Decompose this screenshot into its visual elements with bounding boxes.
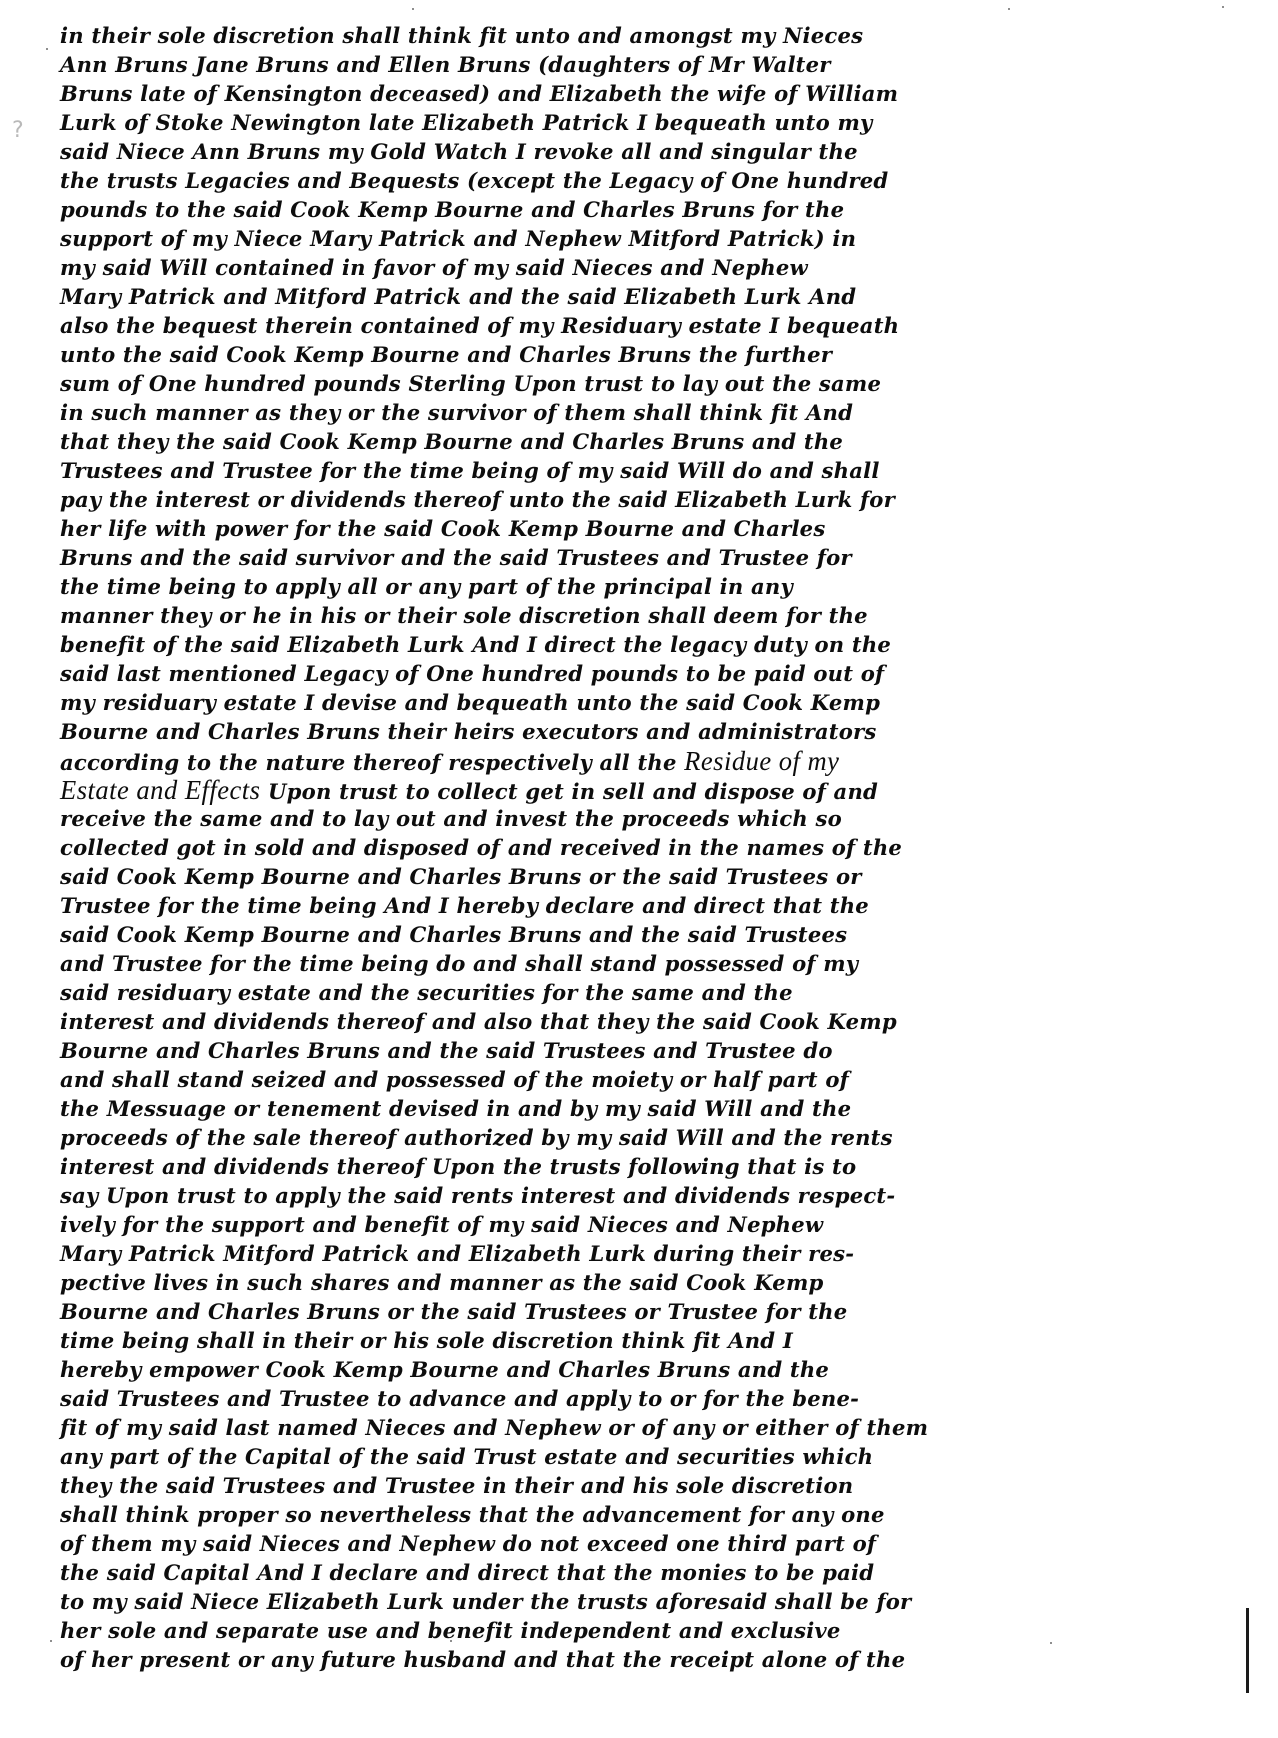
text-line-23: said last mentioned Legacy of One hundre… (60, 660, 1230, 689)
text-line-33: and Trustee for the time being do and sh… (60, 950, 1230, 979)
text-line-28: receive the same and to lay out and inve… (60, 805, 1230, 834)
text-line-24: my residuary estate I devise and bequeat… (60, 689, 1230, 718)
text-line-22: benefit of the said Elizabeth Lurk And I… (60, 631, 1230, 660)
scan-speck (46, 48, 48, 50)
text-line-41: say Upon trust to apply the said rents i… (60, 1182, 1230, 1211)
text-line-31: Trustee for the time being And I hereby … (60, 892, 1230, 921)
text-line-11: also the bequest therein contained of my… (60, 312, 1230, 341)
text-line-52: shall think proper so nevertheless that … (60, 1501, 1230, 1530)
text-line-26: according to the nature thereof respecti… (60, 747, 1230, 776)
text-line-7: pounds to the said Cook Kemp Bourne and … (60, 196, 1230, 225)
text-line-39: proceeds of the sale thereof authorized … (60, 1124, 1230, 1153)
text-line-35: interest and dividends thereof and also … (60, 1008, 1230, 1037)
text-line-42: ively for the support and benefit of my … (60, 1211, 1230, 1240)
text-line-17: pay the interest or dividends thereof un… (60, 486, 1230, 515)
text-line-9: my said Will contained in favor of my sa… (60, 254, 1230, 283)
text-line-25: Bourne and Charles Bruns their heirs exe… (60, 718, 1230, 747)
scan-speck (1050, 1642, 1052, 1644)
text-line-53: of them my said Nieces and Nephew do not… (60, 1530, 1230, 1559)
text-line-5: said Niece Ann Bruns my Gold Watch I rev… (60, 138, 1230, 167)
text-line-36: Bourne and Charles Bruns and the said Tr… (60, 1037, 1230, 1066)
text-line-29: collected got in sold and disposed of an… (60, 834, 1230, 863)
scan-speck (50, 1640, 52, 1642)
residue-italic-phrase: Residue of my (684, 746, 839, 776)
scan-edge-shadow (1246, 1608, 1249, 1693)
text-line-54: the said Capital And I declare and direc… (60, 1559, 1230, 1588)
text-line-2: Ann Bruns Jane Bruns and Ellen Bruns (da… (60, 51, 1230, 80)
text-line-13: sum of One hundred pounds Sterling Upon … (60, 370, 1230, 399)
scan-speck (412, 8, 414, 10)
text-line-27-main: Upon trust to collect get in sell and di… (268, 780, 878, 805)
text-line-18: her life with power for the said Cook Ke… (60, 515, 1230, 544)
text-line-15: that they the said Cook Kemp Bourne and … (60, 428, 1230, 457)
text-line-34: said residuary estate and the securities… (60, 979, 1230, 1008)
text-line-57: of her present or any future husband and… (60, 1646, 1230, 1675)
text-line-20: the time being to apply all or any part … (60, 573, 1230, 602)
text-line-50: any part of the Capital of the said Trus… (60, 1443, 1230, 1472)
text-line-1: in their sole discretion shall think fit… (60, 22, 1230, 51)
text-line-47: hereby empower Cook Kemp Bourne and Char… (60, 1356, 1230, 1385)
text-line-3: Bruns late of Kensington deceased) and E… (60, 80, 1230, 109)
text-line-37: and shall stand seized and possessed of … (60, 1066, 1230, 1095)
text-line-14: in such manner as they or the survivor o… (60, 399, 1230, 428)
text-line-21: manner they or he in his or their sole d… (60, 602, 1230, 631)
text-line-19: Bruns and the said survivor and the said… (60, 544, 1230, 573)
handwritten-text-block: in their sole discretion shall think fit… (60, 22, 1250, 1675)
text-line-46: time being shall in their or his sole di… (60, 1327, 1230, 1356)
text-line-40: interest and dividends thereof Upon the … (60, 1153, 1230, 1182)
scan-speck (1222, 6, 1224, 8)
text-line-8: support of my Niece Mary Patrick and Nep… (60, 225, 1230, 254)
text-line-38: the Messuage or tenement devised in and … (60, 1095, 1230, 1124)
text-line-43: Mary Patrick Mitford Patrick and Elizabe… (60, 1240, 1230, 1269)
text-line-48: said Trustees and Trustee to advance and… (60, 1385, 1230, 1414)
scan-speck (450, 1640, 452, 1642)
text-line-12: unto the said Cook Kemp Bourne and Charl… (60, 341, 1230, 370)
text-line-4: Lurk of Stoke Newington late Elizabeth P… (60, 109, 1230, 138)
text-line-51: they the said Trustees and Trustee in th… (60, 1472, 1230, 1501)
manuscript-page: ? in their sole discretion shall think f… (0, 0, 1278, 1738)
text-line-32: said Cook Kemp Bourne and Charles Bruns … (60, 921, 1230, 950)
estate-effects-italic-phrase: Estate and Effects (60, 775, 261, 805)
text-line-10: Mary Patrick and Mitford Patrick and the… (60, 283, 1230, 312)
text-line-30: said Cook Kemp Bourne and Charles Bruns … (60, 863, 1230, 892)
scan-speck (1008, 8, 1010, 10)
text-line-26-main: according to the nature thereof respecti… (60, 751, 677, 776)
text-line-49: fit of my said last named Nieces and Nep… (60, 1414, 1230, 1443)
text-line-45: Bourne and Charles Bruns or the said Tru… (60, 1298, 1230, 1327)
text-line-56: her sole and separate use and benefit in… (60, 1617, 1230, 1646)
margin-pencil-mark: ? (12, 118, 24, 143)
text-line-6: the trusts Legacies and Bequests (except… (60, 167, 1230, 196)
text-line-44: pective lives in such shares and manner … (60, 1269, 1230, 1298)
text-line-55: to my said Niece Elizabeth Lurk under th… (60, 1588, 1230, 1617)
text-line-16: Trustees and Trustee for the time being … (60, 457, 1230, 486)
text-line-27: Estate and Effects Upon trust to collect… (60, 776, 1230, 805)
